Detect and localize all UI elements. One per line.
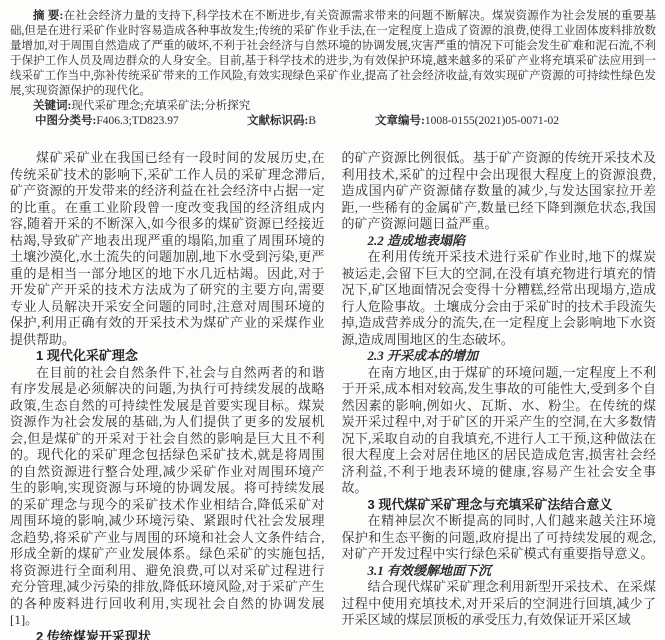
section-2-3-heading: 2.3 开采成本的增加 xyxy=(342,348,657,365)
intro-paragraph: 煤矿采矿业在我国已经有一段时间的发展历史,在传统采矿技术的影响下,采矿工作人员的… xyxy=(10,150,325,348)
section-3-paragraph: 在精神层次不断提高的同时,人们越来越关注环境保护和生态平衡的问题,政府提出了可持… xyxy=(342,513,657,563)
clc-label: 中图分类号: xyxy=(35,115,96,127)
article-id-segment: 文章编号:1008-0155(2021)05-0071-02 xyxy=(375,114,656,129)
doc-code-value: B xyxy=(308,115,316,127)
doc-code-segment: 文献标识码:B xyxy=(247,114,375,129)
keywords-line: 关键词:现代采矿理念;充填采矿法;分析探究 xyxy=(10,99,656,114)
paper-page: 摘 要:在社会经济力量的支持下,科学技术在不断进步,有关资源需求带来的问题不断解… xyxy=(0,0,665,640)
section-3-1-heading: 3.1 有效缓解地面下沉 xyxy=(342,563,657,580)
section-1-paragraph: 在目前的社会自然条件下,社会与自然两者的和谐有序发展是必须解决的问题,为执行可持… xyxy=(10,365,325,629)
classification-line: 中图分类号:F406.3;TD823.97 文献标识码:B 文章编号:1008-… xyxy=(10,114,656,129)
clc-value: F406.3;TD823.97 xyxy=(96,115,178,127)
abstract-paragraph: 摘 要:在社会经济力量的支持下,科学技术在不断进步,有关资源需求带来的问题不断解… xyxy=(10,9,656,99)
left-column: 煤矿采矿业在我国已经有一段时间的发展历史,在传统采矿技术的影响下,采矿工作人员的… xyxy=(10,150,325,640)
abstract-label: 摘 要: xyxy=(33,10,63,22)
body-columns: 煤矿采矿业在我国已经有一段时间的发展历史,在传统采矿技术的影响下,采矿工作人员的… xyxy=(10,150,656,640)
section-2-3-paragraph: 在南方地区,由于煤矿的环境问题,一定程度上不利于开采,成本相对较高,发生事故的可… xyxy=(342,365,657,497)
article-id-label: 文章编号: xyxy=(375,115,425,127)
keywords-text: 现代采矿理念;充填采矿法;分析探究 xyxy=(71,100,250,112)
abstract-text: 在社会经济力量的支持下,科学技术在不断进步,有关资源需求带来的问题不断解决。煤炭… xyxy=(10,10,656,97)
section-2-2-paragraph: 在利用传统开采技术进行采矿作业时,地下的煤炭被运走,会留下巨大的空洞,在没有填充… xyxy=(342,249,657,348)
section-1-heading: 1 现代化采矿理念 xyxy=(10,348,325,365)
keywords-label: 关键词: xyxy=(33,100,71,112)
section-2-heading: 2 传统煤炭开采现状 xyxy=(10,629,325,640)
clc-segment: 中图分类号:F406.3;TD823.97 xyxy=(35,114,247,129)
section-3-heading: 3 现代煤矿采矿理念与充填采矿法结合意义 xyxy=(342,497,657,514)
section-2-2-heading: 2.2 造成地表塌陷 xyxy=(342,233,657,250)
abstract-block: 摘 要:在社会经济力量的支持下,科学技术在不断进步,有关资源需求带来的问题不断解… xyxy=(10,9,656,129)
doc-code-label: 文献标识码: xyxy=(247,115,308,127)
right-column: 的矿产资源比例很低。基于矿产资源的传统开采技术及利用技术,采矿的过程中会出现很大… xyxy=(342,150,657,640)
section-2-1-continuation: 的矿产资源比例很低。基于矿产资源的传统开采技术及利用技术,采矿的过程中会出现很大… xyxy=(342,150,657,233)
article-id-value: 1008-0155(2021)05-0071-02 xyxy=(425,115,559,127)
section-3-1-paragraph: 结合现代煤矿采矿理念利用新型开采技术、在采煤过程中使用充填技术,对开采后的空洞进… xyxy=(342,579,657,629)
